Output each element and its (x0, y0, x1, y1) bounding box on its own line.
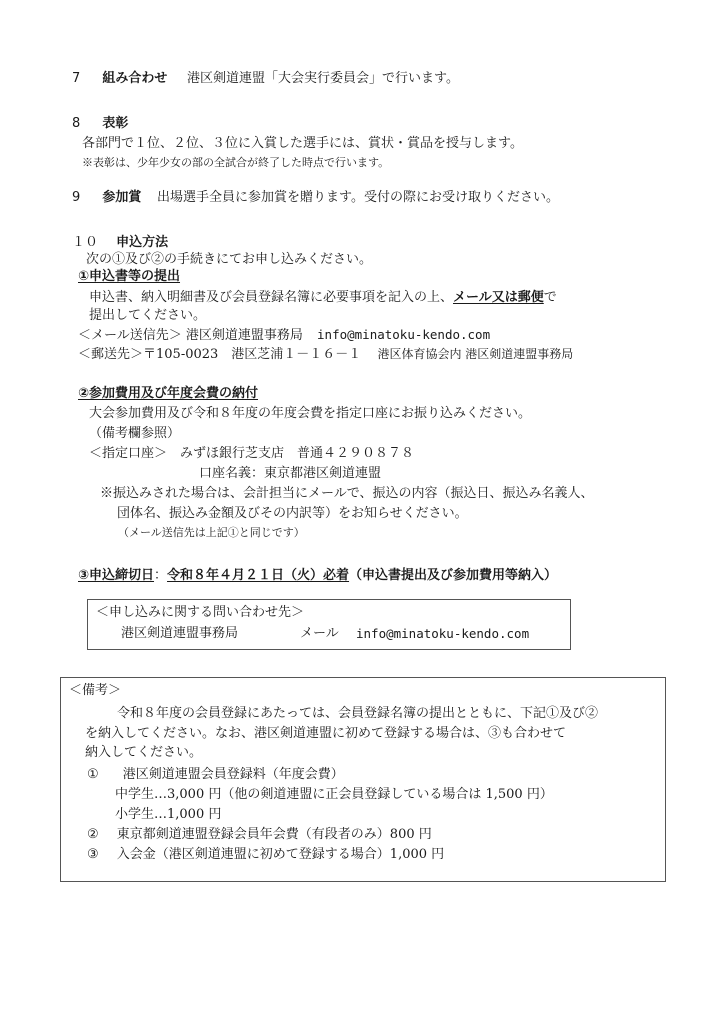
section-10-intro: 次の①及び②の手続きにてお申し込みください。 (86, 251, 372, 269)
email-label: ＜メール送信先＞ 港区剣道連盟事務局 (78, 328, 303, 343)
section-8: 8 表彰 (72, 115, 128, 133)
account-info: ＜指定口座＞ みずほ銀行芝支店 普通４２９０８７８ (89, 445, 414, 463)
section-9: 9 参加賞 (72, 189, 141, 207)
item-text: 東京都剣道連盟登録会員年会費（有段者のみ）800 円 (117, 827, 432, 842)
section-9-text: 出場選手全員に参加賞を贈ります。受付の際にお受け取りください。 (157, 189, 559, 207)
contact-mail-label: メール (300, 625, 339, 643)
notes-box: ＜備考＞ 令和８年度の会員登録にあたっては、会員登録名簿の提出とともに、下記①及… (60, 677, 666, 882)
section-7-text: 港区剣道連盟「大会実行委員会」で行います。 (187, 70, 459, 88)
notes-item-1: ① 港区剣道連盟会員登録料（年度会費） (87, 766, 344, 784)
section-title: 申込方法 (116, 235, 168, 250)
step1-line1-tail: で (544, 290, 557, 305)
step3-row: ③申込締切日：令和８年４月２１日（火）必着（申込書提出及び参加費用等納入） (78, 567, 557, 585)
step1-post-row: ＜郵送先＞〒105-0023 港区芝浦１－１６－１ 港区体育協会内 港区剣道連盟… (78, 345, 573, 364)
item-text: 入会金（港区剣道連盟に初めて登録する場合）1,000 円 (117, 847, 444, 862)
post-detail: 港区体育協会内 港区剣道連盟事務局 (377, 347, 573, 361)
contact-office: 港区剣道連盟事務局 (121, 625, 238, 643)
post-label: ＜郵送先＞〒105-0023 港区芝浦１－１６－１ (78, 347, 361, 362)
section-number: 9 (72, 190, 80, 205)
deadline-detail: （申込書提出及び参加費用等納入） (349, 568, 557, 583)
section-7: 7 組み合わせ (72, 70, 167, 88)
section-8-text: 各部門で１位、２位、３位に入賞した選手には、賞状・賞品を授与します。 (82, 135, 523, 153)
item-mark: ① (87, 767, 99, 782)
step2-note3: （メール送信先は上記①と同じです） (118, 524, 305, 542)
step1-email-row: ＜メール送信先＞ 港区剣道連盟事務局 info@minatoku-kendo.c… (78, 326, 490, 345)
step2-note2: 団体名、振込み金額及びその内訳等）をお知らせください。 (117, 505, 468, 523)
section-title: 組み合わせ (102, 71, 167, 86)
step1-heading: ①申込書等の提出 (78, 268, 180, 286)
section-title: 表彰 (102, 116, 128, 131)
item-text: 港区剣道連盟会員登録料（年度会費） (123, 767, 344, 782)
account-name: 口座名義：東京都港区剣道連盟 (199, 465, 381, 483)
step1-emphasis: メール又は郵便 (453, 290, 544, 305)
section-number: １０ (72, 235, 98, 250)
step2-note1: ※振込みされた場合は、会計担当にメールで、振込の内容（振込日、振込み名義人、 (100, 485, 593, 503)
item-mark: ③ (87, 847, 99, 862)
section-10: １０ 申込方法 (72, 234, 168, 252)
notes-para2: を納入してください。なお、港区剣道連盟に初めて登録する場合は、③も合わせて (85, 725, 566, 743)
item-mark: ② (87, 827, 99, 842)
notes-item-2: ② 東京都剣道連盟登録会員年会費（有段者のみ）800 円 (87, 826, 432, 844)
step2-heading: ②参加費用及び年度会費の納付 (78, 385, 258, 403)
section-8-note: ※表彰は、少年少女の部の全試合が終了した時点で行います。 (82, 154, 389, 172)
step1-line2: 提出してください。 (89, 307, 206, 325)
contact-title: ＜申し込みに関する問い合わせ先＞ (96, 604, 304, 622)
email-link[interactable]: info@minatoku-kendo.com (317, 327, 490, 342)
notes-para3: 納入してください。 (85, 744, 202, 762)
step1-line1-text: 申込書、納入明細書及び会員登録名簿に必要事項を記入の上、 (89, 290, 453, 305)
step3-heading: ③申込締切日 (78, 568, 154, 583)
section-number: 8 (72, 116, 80, 131)
step1-line1: 申込書、納入明細書及び会員登録名簿に必要事項を記入の上、メール又は郵便で (89, 289, 557, 307)
section-title: 参加賞 (102, 190, 141, 205)
step2-line2: （備考欄参照） (89, 425, 180, 443)
section-number: 7 (72, 71, 80, 86)
contact-email-link[interactable]: info@minatoku-kendo.com (356, 625, 529, 643)
step3-separator: ： (154, 568, 167, 583)
notes-item-1-junior-high: 中学生…3,000 円（他の剣道連盟に正会員登録している場合は 1,500 円） (115, 786, 553, 804)
notes-item-1-elementary: 小学生…1,000 円 (115, 806, 221, 824)
deadline: 令和８年４月２１日（火）必着 (167, 568, 349, 583)
step2-line1: 大会参加費用及び令和８年度の年度会費を指定口座にお振り込みください。 (89, 405, 531, 423)
notes-title: ＜備考＞ (69, 682, 121, 700)
contact-box: ＜申し込みに関する問い合わせ先＞ 港区剣道連盟事務局 メール info@mina… (87, 599, 571, 650)
notes-para1: 令和８年度の会員登録にあたっては、会員登録名簿の提出とともに、下記①及び② (117, 705, 598, 723)
notes-item-3: ③ 入会金（港区剣道連盟に初めて登録する場合）1,000 円 (87, 846, 444, 864)
